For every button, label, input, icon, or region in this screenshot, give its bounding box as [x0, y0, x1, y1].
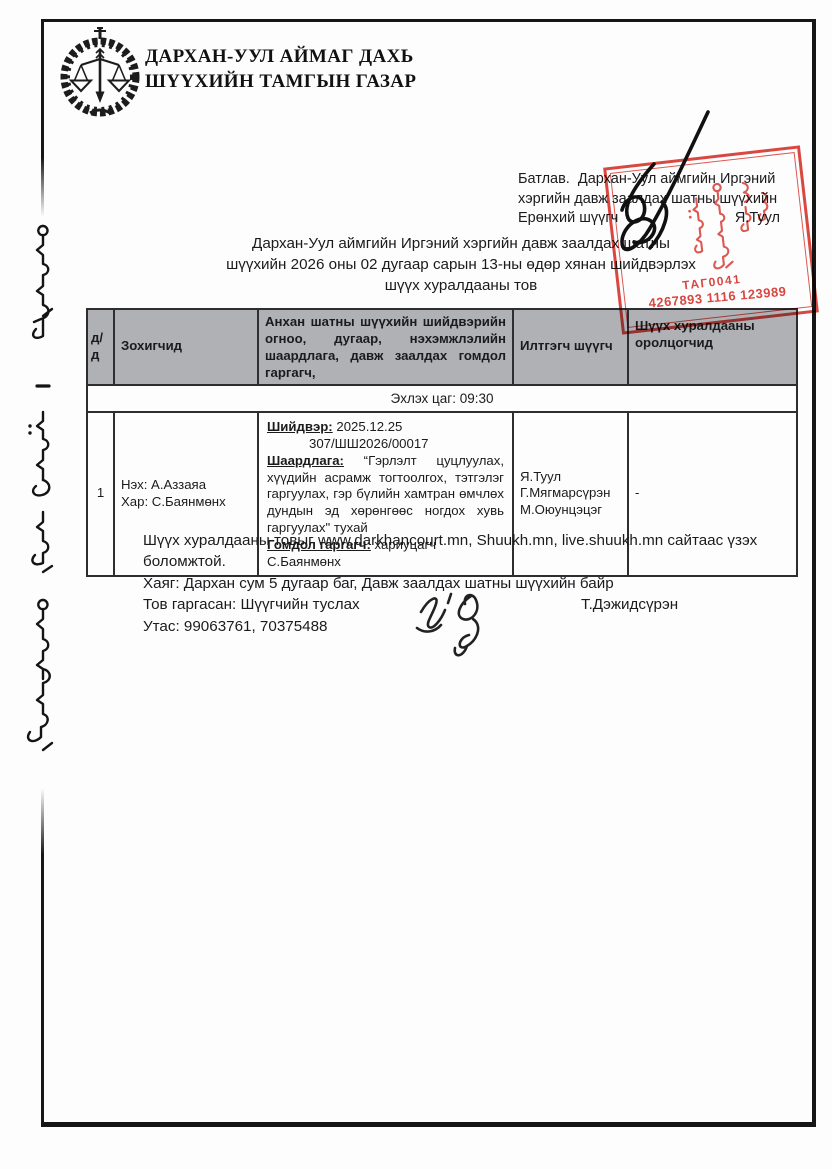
- page-border-bottom: [41, 1122, 816, 1127]
- col-header-parties: Зохигчид: [114, 309, 258, 385]
- judge-name: М.Оюунцэцэг: [520, 502, 621, 519]
- claim-label: Шаардлага:: [267, 453, 344, 468]
- col-header-decision: Анхан шатны шүүхийн шийдвэрийн огноо, ду…: [258, 309, 513, 385]
- page-border-right: [812, 19, 816, 1127]
- org-name-line1: ДАРХАН-УУЛ АЙМАГ ДАХЬ: [145, 44, 416, 69]
- scanned-court-schedule-document: ДАРХАН-УУЛ АЙМАГ ДАХЬ ШҮҮХИЙН ТАМГЫН ГАЗ…: [0, 0, 832, 1169]
- court-emblem: [56, 27, 144, 119]
- mongol-script-sidebar: [18, 220, 66, 792]
- judge-name: Г.Мягмарсүрэн: [520, 485, 621, 502]
- organization-name: ДАРХАН-УУЛ АЙМАГ ДАХЬ ШҮҮХИЙН ТАМГЫН ГАЗ…: [145, 44, 416, 94]
- start-time-row: Эхлэх цаг: 09:30: [87, 385, 797, 412]
- chief-judge-signature: [592, 106, 724, 270]
- signature-icon: [592, 106, 724, 270]
- org-name-line2: ШҮҮХИЙН ТАМГЫН ГАЗАР: [145, 69, 416, 94]
- page-border-top: [41, 19, 816, 22]
- decision-date: 2025.12.25: [336, 419, 402, 434]
- col-header-number: д/д: [87, 309, 114, 385]
- page-border-left-lower: [41, 788, 44, 1122]
- judge-name: Я.Туул: [520, 469, 621, 486]
- case-number: 1: [87, 412, 114, 576]
- assistant-signature: [413, 582, 517, 662]
- assistant-name: Т.Дэжидсүрэн: [581, 594, 678, 615]
- page-border-left-upper: [41, 19, 44, 217]
- prepared-by-label: Тов гаргасан: Шүүгчийн туслах: [143, 596, 360, 613]
- decision-number: 307/ШШ2026/00017: [267, 436, 504, 453]
- mongol-script-icon: [18, 220, 66, 792]
- plaintiff: Нэх: А.Аззаяа: [121, 477, 251, 494]
- footer-websites-line2: боломжтой.: [143, 551, 785, 572]
- defendant: Хар: С.Баянмөнх: [121, 494, 251, 511]
- col-header-judge: Илтгэгч шүүгч: [513, 309, 628, 385]
- start-time-text: Эхлэх цаг: 09:30: [87, 385, 797, 412]
- footer-websites-line1: Шүүх хуралдааны товыг www.darkhancourt.m…: [143, 530, 785, 551]
- signature-icon: [413, 582, 517, 662]
- justice-scales-icon: [56, 27, 144, 119]
- decision-label: Шийдвэр:: [267, 419, 333, 434]
